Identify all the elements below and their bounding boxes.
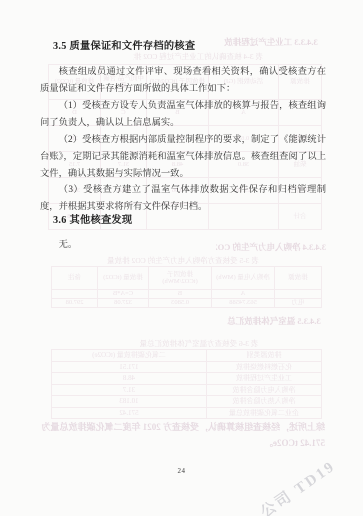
bleed-table-cell: 工业生产过程排放	[207, 373, 321, 384]
company-stamp-watermark: 公司 TD19	[256, 455, 339, 516]
section-3-6-body: 无。	[40, 237, 326, 254]
bleed-caption-table-3-5: 表 3-5 受核查方净购入电力产生的 CO2 排放量	[98, 255, 268, 266]
bleed-table-cell: 排放源类别	[207, 350, 321, 361]
section-3-5-item-3: （3）受核查方建立了温室气体排放数据文件保存和归档管理制度，并根据其要求将所有文…	[40, 182, 326, 216]
section-3-5-item-1: （1）受核查方设专人负责温室气体排放的核算与报告，核查组询问了负责人，确认以上信…	[40, 98, 326, 132]
bleed-table-cell: B	[149, 290, 212, 298]
bleed-table-electricity-emissions: 排放源净购入电量 (MWh)排放因子 (tCO2/MWh)排放量 (tCO2)备…	[51, 266, 322, 308]
document-page: 3.4.3.3 工业生产过程排放 表 3-4 核查确认的工业生产过程 CO2 排…	[0, 0, 363, 516]
bleed-table-cell: 297.08	[52, 299, 98, 307]
bleed-table-cell: C=A*B	[98, 290, 149, 298]
section-3-5-intro: 核查组成员通过文件评审、现场查看相关资料，确认受核查方在质量保证和文件存档方面所…	[40, 64, 326, 98]
bleed-summary-total: 571.42 tCO2e。	[40, 436, 325, 449]
bleed-table-row: 工业生产过程排放48.8	[52, 372, 321, 384]
bleed-table-row: 排放源净购入电量 (MWh)排放因子 (tCO2/MWh)排放量 (tCO2)备…	[52, 267, 321, 289]
bleed-table-cell: 排放量 (tCO2)	[98, 267, 149, 289]
page-number: 24	[0, 467, 363, 475]
bleed-table-cell: 48.8	[52, 373, 207, 384]
bleed-table-cell: 排放源	[275, 267, 321, 289]
bleed-summary-text: 综上所述，经核查组核算确认，受核查方 2021 年度二氧化碳排放总量为	[40, 420, 325, 433]
bleed-table-cell: 二氧化碳排放量 (tCO2e)	[52, 350, 207, 361]
bleed-table-row: 化石燃料燃烧排放171.51	[52, 361, 321, 373]
bleed-table-cell: 净购入电量 (MWh)	[212, 267, 275, 289]
bleed-table-cell	[275, 290, 321, 298]
bleed-table-cell: 571.42	[52, 408, 207, 419]
bleed-table-row: 排放源类别二氧化碳排放量 (tCO2e)	[52, 350, 321, 361]
section-3-5-item-2: （2）受核查方根据内部质量控制程序的要求，制定了《能源统计台账》，定期记录其能源…	[40, 132, 326, 183]
bleed-table-cell: 净购入热力隐含排放	[207, 396, 321, 407]
bleed-table-emissions-summary: 排放源类别二氧化碳排放量 (tCO2e)化石燃料燃烧排放171.51工业生产过程…	[51, 349, 322, 419]
bleed-table-cell: 企业二氧化碳排放总量	[207, 408, 321, 419]
bleed-table-cell: 排放因子 (tCO2/MWh)	[149, 267, 212, 289]
bleed-table-cell: 电力	[275, 299, 321, 307]
bleed-heading-ghg-summary: 3.4.3.5 温室气体排放汇总	[222, 315, 326, 327]
bleed-table-cell: 10.183	[52, 396, 207, 407]
section-3-6-heading: 3.6 其他核查发现	[53, 215, 132, 227]
bleed-table-cell: 327.08	[98, 299, 149, 307]
section-3-5-heading: 3.5 质量保证和文件存档的核查	[53, 41, 195, 53]
bleed-table-cell: 563.74588	[212, 299, 275, 307]
bleed-table-cell: 备注	[52, 267, 98, 289]
bleed-heading-industrial-process: 3.4.3.3 工业生产过程排放	[218, 36, 324, 48]
bleed-table-row: 电力563.745880.5803327.08297.08	[52, 298, 321, 307]
bleed-table-row: ABC=A*B	[52, 289, 321, 298]
bleed-table-cell: 31.7	[52, 385, 207, 396]
bleed-table-cell	[52, 290, 98, 298]
bleed-table-row: 企业二氧化碳排放总量571.42	[52, 407, 321, 419]
bleed-table-cell: A	[212, 290, 275, 298]
bleed-caption-table-3-6: 表 3-6 受核查方温室气体排放汇总量	[135, 338, 263, 349]
bleed-table-cell: 化石燃料燃烧排放	[207, 362, 321, 373]
bleed-table-cell: 171.51	[52, 362, 207, 373]
bleed-table-row: 净购入电力隐含排放31.7	[52, 384, 321, 396]
bleed-table-cell: 净购入电力隐含排放	[207, 385, 321, 396]
bleed-table-row: 净购入热力隐含排放10.183	[52, 395, 321, 407]
bleed-table-cell: 0.5803	[149, 299, 212, 307]
